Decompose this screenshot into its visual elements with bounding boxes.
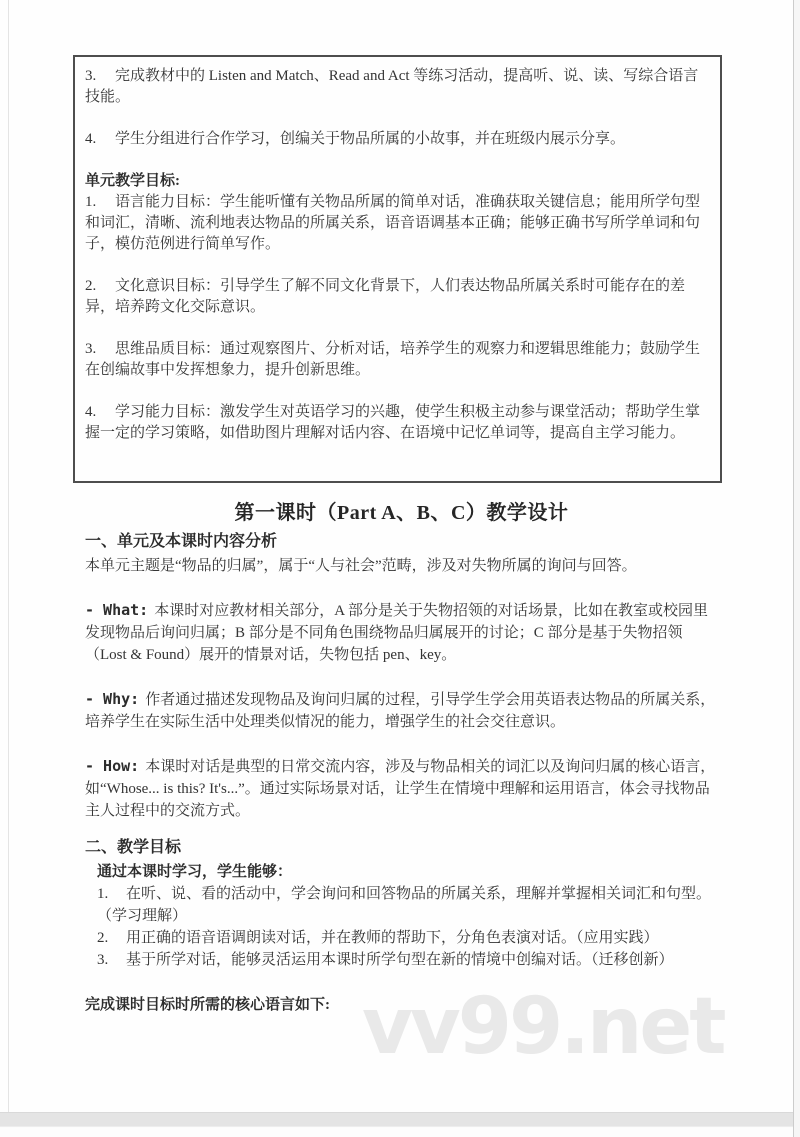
page-break-strip [0,1112,793,1127]
item-text: 思维品质目标：通过观察图片、分析对话，培养学生的观察力和逻辑思维能力；鼓励学生在… [85,341,700,378]
item-text: 语言能力目标：学生能听懂有关物品所属的简单对话，准确获取关键信息；能用所学句型和… [85,194,700,252]
item-number: 4. [85,402,115,423]
item-text: 完成教材中的 Listen and Match、Read and Act 等练习… [85,68,698,105]
next-page-top [0,1128,793,1137]
item-text: 在听、说、看的活动中，学会询问和回答物品的所属关系，理解并掌握相关词汇和句型。（… [97,886,711,924]
how-label: - How: [85,757,139,775]
unit-goals-box: 3.完成教材中的 Listen and Match、Read and Act 等… [73,55,722,483]
item-number: 1. [85,192,115,213]
objective-item: 2.用正确的语音语调朗读对话，并在教师的帮助下，分角色表演对话。（应用实践） [97,927,718,949]
why-paragraph: - Why:作者通过描述发现物品及询问归属的过程，引导学生学会用英语表达物品的所… [85,688,718,733]
item-number: 2. [85,276,115,297]
page-content: 3.完成教材中的 Listen and Match、Read and Act 等… [0,0,793,1016]
section-heading-analysis: 一、单元及本课时内容分析 [85,529,718,554]
lesson-title: 第一课时（Part A、B、C）教学设计 [85,500,718,527]
why-label: - Why: [85,690,139,708]
objective-item: 3.基于所学对话，能够灵活运用本课时所学句型在新的情境中创编对话。（迁移创新） [97,949,718,971]
scanned-document-viewport: vv99.net 3.完成教材中的 Listen and Match、Read … [0,0,800,1137]
objectives-list: 1.在听、说、看的活动中，学会询问和回答物品的所属关系，理解并掌握相关词汇和句型… [85,883,718,971]
goal-item: 4.学习能力目标：激发学生对英语学习的兴趣，使学生积极主动参与课堂活动；帮助学生… [85,402,712,444]
item-number: 3. [85,66,115,87]
box-item: 4.学生分组进行合作学习，创编关于物品所属的小故事，并在班级内展示分享。 [85,129,712,150]
item-text: 基于所学对话，能够灵活运用本课时所学句型在新的情境中创编对话。（迁移创新） [126,952,674,968]
goal-item: 2.文化意识目标：引导学生了解不同文化背景下，人们表达物品所属关系时可能存在的差… [85,276,712,318]
item-number: 4. [85,129,115,150]
item-text: 文化意识目标：引导学生了解不同文化背景下，人们表达物品所属关系时可能存在的差异，… [85,278,685,315]
goal-item: 1.语言能力目标：学生能听懂有关物品所属的简单对话，准确获取关键信息；能用所学句… [85,192,712,255]
what-label: - What: [85,601,148,619]
item-text: 用正确的语音语调朗读对话，并在教师的帮助下，分角色表演对话。（应用实践） [126,930,659,946]
what-paragraph: - What:本课时对应教材相关部分，A 部分是关于失物招领的对话场景，比如在教… [85,599,718,666]
unit-theme-paragraph: 本单元主题是“物品的归属”，属于“人与社会”范畴，涉及对失物所属的询问与回答。 [85,555,718,577]
how-paragraph: - How:本课时对话是典型的日常交流内容，涉及与物品相关的词汇以及询问归属的核… [85,755,718,822]
box-item: 3.完成教材中的 Listen and Match、Read and Act 等… [85,66,712,108]
item-number: 1. [97,883,126,905]
item-text: 学习能力目标：激发学生对英语学习的兴趣，使学生积极主动参与课堂活动；帮助学生掌握… [85,404,700,441]
core-language-closing-line: 完成课时目标时所需的核心语言如下: [85,994,718,1016]
goal-item: 3.思维品质目标：通过观察图片、分析对话，培养学生的观察力和逻辑思维能力；鼓励学… [85,339,712,381]
why-text: 作者通过描述发现物品及询问归属的过程，引导学生学会用英语表达物品的所属关系，培养… [85,692,715,730]
how-text: 本课时对话是典型的日常交流内容，涉及与物品相关的词汇以及询问归属的核心语言，如“… [85,759,715,819]
scan-right-margin [794,0,800,1137]
objective-item: 1.在听、说、看的活动中，学会询问和回答物品的所属关系，理解并掌握相关词汇和句型… [97,883,718,927]
item-number: 2. [97,927,126,949]
what-text: 本课时对应教材相关部分，A 部分是关于失物招领的对话场景，比如在教室或校园里发现… [85,603,708,663]
unit-goals-heading: 单元教学目标: [85,171,712,192]
item-text: 学生分组进行合作学习，创编关于物品所属的小故事，并在班级内展示分享。 [115,131,625,147]
item-number: 3. [85,339,115,360]
objectives-lead: 通过本课时学习，学生能够： [85,861,718,883]
section-heading-objectives: 二、教学目标 [85,835,718,860]
item-number: 3. [97,949,126,971]
